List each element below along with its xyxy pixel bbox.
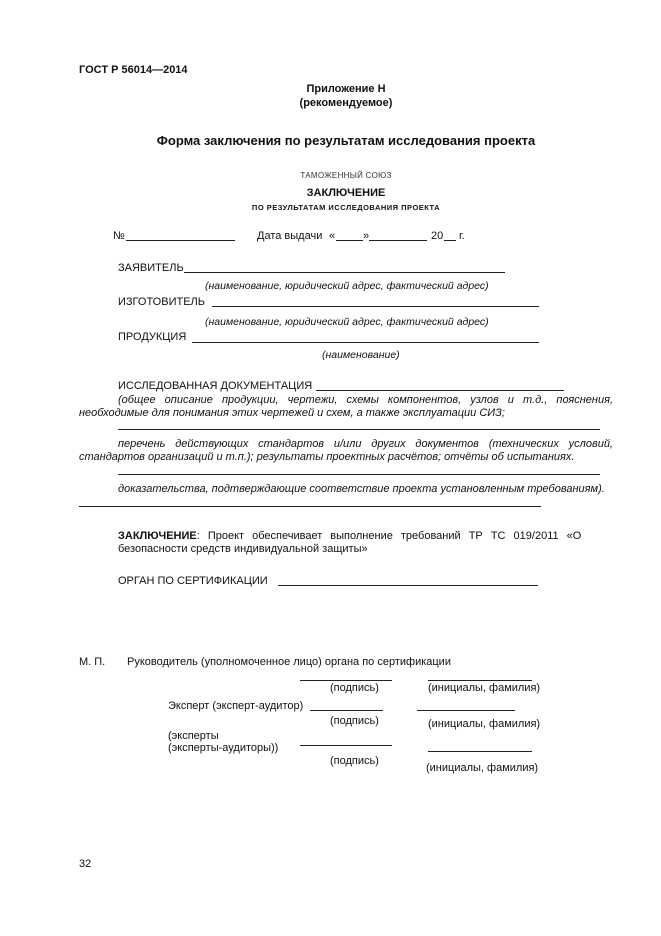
head-name-field[interactable] bbox=[428, 680, 532, 681]
docs-hint-2b: стандартов организаций и т.п.); результа… bbox=[79, 451, 574, 463]
head-label: Руководитель (уполномоченное лицо) орган… bbox=[127, 656, 451, 668]
experts-label-1: (эксперты bbox=[168, 730, 219, 742]
standard-code: ГОСТ Р 56014—2014 bbox=[79, 64, 188, 76]
number-label: № bbox=[113, 230, 125, 242]
experts-signature-field[interactable] bbox=[300, 745, 392, 746]
manufacturer-label: ИЗГОТОВИТЕЛЬ bbox=[118, 296, 205, 308]
docs-hint-1a: (общее описание продукции, чертежи, схем… bbox=[118, 394, 613, 407]
expert-name-field[interactable] bbox=[417, 710, 515, 711]
docs-label: ИССЛЕДОВАННАЯ ДОКУМЕНТАЦИЯ bbox=[118, 380, 312, 392]
experts-name-field[interactable] bbox=[428, 751, 532, 752]
experts-signature-hint: (подпись) bbox=[330, 755, 379, 767]
experts-name-hint: (инициалы, фамилия) bbox=[426, 762, 538, 774]
year-suffix: г. bbox=[459, 230, 465, 242]
conclusion-label: ЗАКЛЮЧЕНИЕ bbox=[118, 530, 197, 542]
head-signature-hint: (подпись) bbox=[330, 682, 379, 694]
docs-field-2[interactable] bbox=[118, 429, 600, 430]
cert-body-label: ОРГАН ПО СЕРТИФИКАЦИИ bbox=[118, 575, 268, 587]
stamp-label: М. П. bbox=[79, 656, 105, 668]
page-title: Форма заключения по результатам исследов… bbox=[100, 133, 592, 148]
expert-name-hint: (инициалы, фамилия) bbox=[428, 718, 540, 730]
docs-field-3[interactable] bbox=[118, 474, 600, 475]
page-number: 32 bbox=[79, 858, 91, 870]
conclusion-line-1: ЗАКЛЮЧЕНИЕ: Проект обеспечивает выполнен… bbox=[118, 530, 613, 542]
appendix-label: Приложение Н bbox=[246, 83, 446, 95]
docs-field-4[interactable] bbox=[79, 506, 541, 507]
form-subheading: ПО РЕЗУЛЬТАТАМ ИССЛЕДОВАНИЯ ПРОЕКТА bbox=[196, 203, 496, 212]
head-name-hint: (инициалы, фамилия) bbox=[428, 682, 540, 694]
docs-hint-3: доказательства, подтверждающие соответст… bbox=[118, 483, 605, 495]
docs-field[interactable] bbox=[316, 390, 564, 391]
cert-body-field[interactable] bbox=[278, 585, 538, 586]
date-label: Дата выдачи bbox=[257, 230, 322, 242]
product-label: ПРОДУКЦИЯ bbox=[118, 331, 186, 343]
number-field[interactable] bbox=[126, 240, 235, 241]
date-open-quote: « bbox=[329, 230, 335, 242]
manufacturer-hint: (наименование, юридический адрес, фактич… bbox=[205, 316, 489, 328]
conclusion-text: : Проект обеспечивает выполнение требова… bbox=[197, 530, 582, 542]
docs-hint-2a: перечень действующих стандартов и/или др… bbox=[118, 438, 613, 451]
expert-signature-field[interactable] bbox=[310, 710, 383, 711]
conclusion-line-2: безопасности средств индивидуальной защи… bbox=[118, 543, 368, 555]
docs-hint-1b: необходимые для понимания этих чертежей … bbox=[79, 407, 505, 419]
union-label: ТАМОЖЕННЫЙ СОЮЗ bbox=[246, 171, 446, 180]
product-hint: (наименование) bbox=[322, 349, 400, 361]
expert-signature-hint: (подпись) bbox=[330, 715, 379, 727]
applicant-field[interactable] bbox=[184, 272, 505, 273]
experts-label-2: (эксперты-аудиторы)) bbox=[168, 742, 278, 754]
year-field[interactable] bbox=[444, 240, 456, 241]
expert-label: Эксперт (эксперт-аудитор) bbox=[168, 700, 303, 712]
appendix-type: (рекомендуемое) bbox=[246, 97, 446, 109]
date-day-field[interactable] bbox=[336, 240, 363, 241]
applicant-label: ЗАЯВИТЕЛЬ bbox=[118, 262, 184, 274]
applicant-hint: (наименование, юридический адрес, фактич… bbox=[205, 280, 489, 292]
date-month-field[interactable] bbox=[369, 240, 427, 241]
manufacturer-field[interactable] bbox=[212, 306, 539, 307]
product-field[interactable] bbox=[192, 342, 539, 343]
head-signature-field[interactable] bbox=[300, 680, 392, 681]
form-heading: ЗАКЛЮЧЕНИЕ bbox=[246, 187, 446, 199]
year-prefix: 20 bbox=[431, 230, 443, 242]
